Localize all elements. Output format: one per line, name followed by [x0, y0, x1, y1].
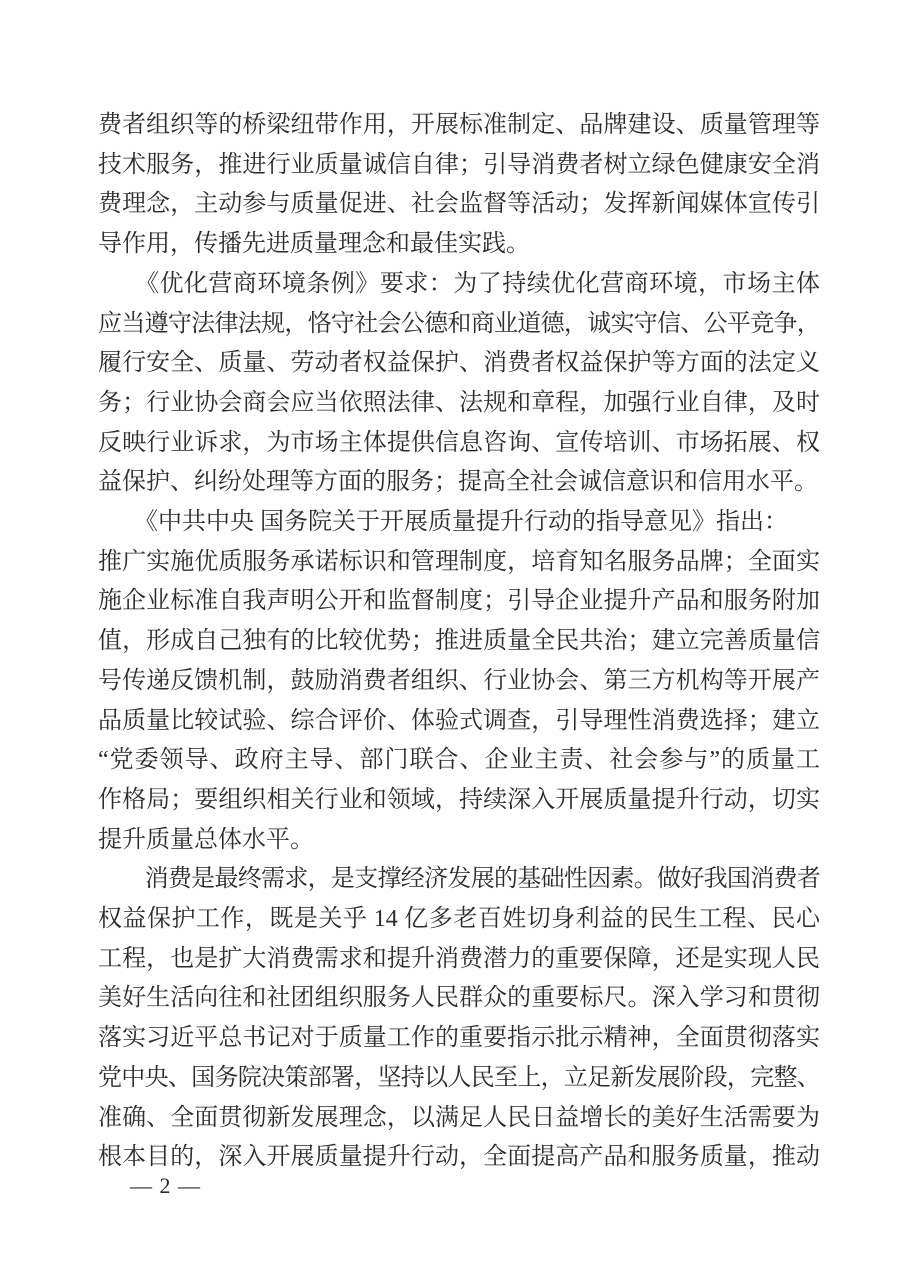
text-line: 技术服务，推进行业质量诚信自律；引导消费者树立绿色健康安全消: [98, 146, 820, 186]
text-line: 消费是最终需求，是支撑经济发展的基础性因素。做好我国消费者: [98, 860, 820, 900]
text-line: 《中共中央 国务院关于开展质量提升行动的指导意见》指出：: [98, 503, 820, 543]
text-line: 履行安全、质量、劳动者权益保护、消费者权益保护等方面的法定义: [98, 344, 820, 384]
document-body: 费者组织等的桥梁纽带作用，开展标准制定、品牌建设、质量管理等技术服务，推进行业质…: [98, 106, 820, 1178]
text-line: 作格局；要组织相关行业和领域，持续深入开展质量提升行动，切实: [98, 781, 820, 821]
text-line: 反映行业诉求，为市场主体提供信息咨询、宣传培训、市场拓展、权: [98, 424, 820, 464]
text-line: 品质量比较试验、综合评价、体验式调查，引导理性消费选择；建立: [98, 702, 820, 742]
text-line: 《优化营商环境条例》要求：为了持续优化营商环境，市场主体: [98, 265, 820, 305]
text-line: 值，形成自己独有的比较优势；推进质量全民共治；建立完善质量信: [98, 622, 820, 662]
paragraph: 《中共中央 国务院关于开展质量提升行动的指导意见》指出：推广实施优质服务承诺标识…: [98, 503, 820, 860]
text-line: 导作用，传播先进质量理念和最佳实践。: [98, 225, 820, 265]
text-line: 党中央、国务院决策部署，坚持以人民至上，立足新发展阶段，完整、: [98, 1059, 820, 1099]
text-line: 费者组织等的桥梁纽带作用，开展标准制定、品牌建设、质量管理等: [98, 106, 820, 146]
text-line: 权益保护工作，既是关乎 14 亿多老百姓切身利益的民生工程、民心: [98, 900, 820, 940]
text-line: 提升质量总体水平。: [98, 821, 820, 861]
document-page: 费者组织等的桥梁纽带作用，开展标准制定、品牌建设、质量管理等技术服务，推进行业质…: [0, 0, 900, 1273]
text-line: 号传递反馈机制，鼓励消费者组织、行业协会、第三方机构等开展产: [98, 662, 820, 702]
text-line: “党委领导、政府主导、部门联合、企业主责、社会参与”的质量工: [98, 741, 820, 781]
text-line: 根本目的，深入开展质量提升行动，全面提高产品和服务质量，推动: [98, 1138, 820, 1178]
paragraph: 《优化营商环境条例》要求：为了持续优化营商环境，市场主体应当遵守法律法规，恪守社…: [98, 265, 820, 503]
text-line: 工程，也是扩大消费需求和提升消费潜力的重要保障，还是实现人民: [98, 940, 820, 980]
text-line: 美好生活向往和社团组织服务人民群众的重要标尺。深入学习和贯彻: [98, 979, 820, 1019]
paragraph: 消费是最终需求，是支撑经济发展的基础性因素。做好我国消费者权益保护工作，既是关乎…: [98, 860, 820, 1178]
page-number: — 2 —: [130, 1172, 201, 1200]
text-line: 施企业标准自我声明公开和监督制度；引导企业提升产品和服务附加: [98, 582, 820, 622]
text-line: 应当遵守法律法规，恪守社会公德和商业道德，诚实守信、公平竞争，: [98, 305, 820, 345]
text-line: 益保护、纠纷处理等方面的服务；提高全社会诚信意识和信用水平。: [98, 463, 820, 503]
text-line: 推广实施优质服务承诺标识和管理制度，培育知名服务品牌；全面实: [98, 543, 820, 583]
text-line: 务；行业协会商会应当依照法律、法规和章程，加强行业自律，及时: [98, 384, 820, 424]
text-line: 落实习近平总书记对于质量工作的重要指示批示精神，全面贯彻落实: [98, 1019, 820, 1059]
text-line: 费理念，主动参与质量促进、社会监督等活动；发挥新闻媒体宣传引: [98, 185, 820, 225]
paragraph: 费者组织等的桥梁纽带作用，开展标准制定、品牌建设、质量管理等技术服务，推进行业质…: [98, 106, 820, 265]
text-line: 准确、全面贯彻新发展理念，以满足人民日益增长的美好生活需要为: [98, 1099, 820, 1139]
